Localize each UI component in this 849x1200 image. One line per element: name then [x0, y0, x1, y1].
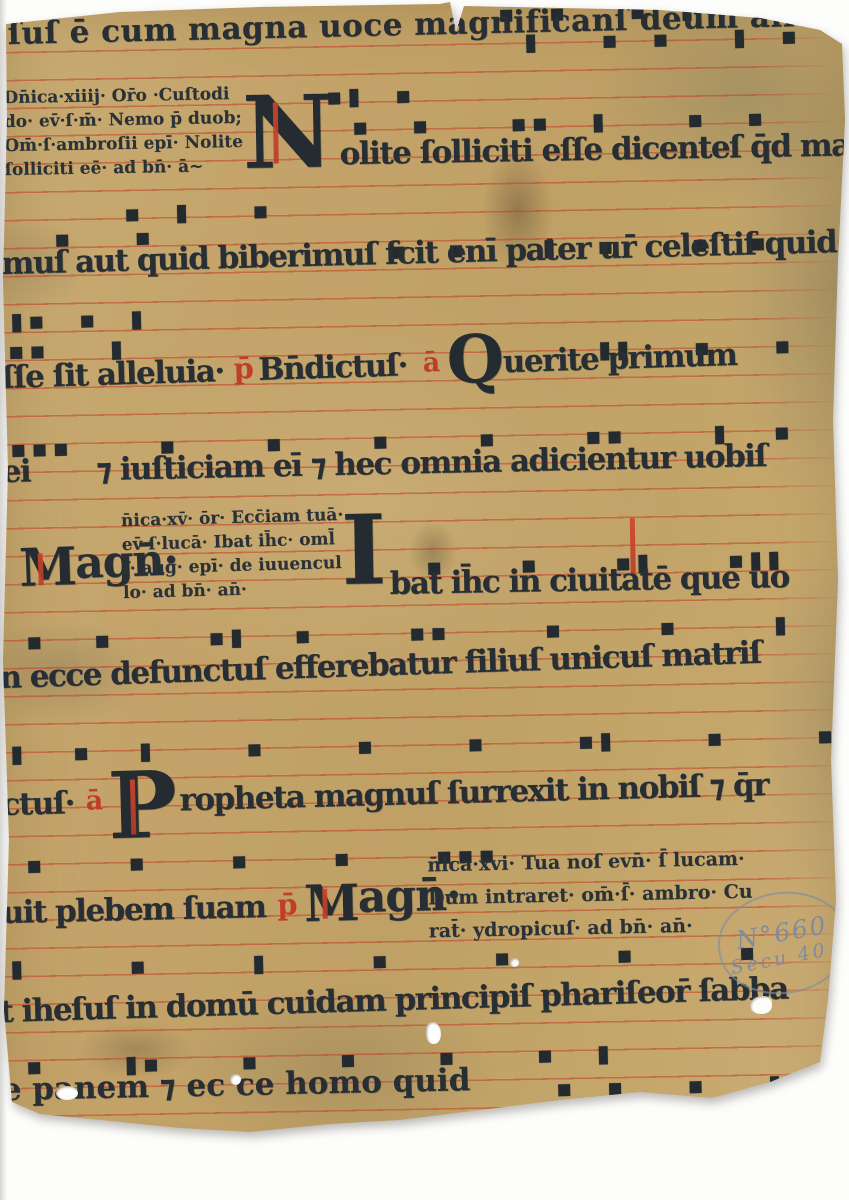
chant-text: ctuſ· — [1, 786, 74, 824]
neume-row: ▮▪ ▪ ▮ — [10, 306, 149, 333]
antiphon-cue: ā — [422, 347, 439, 378]
worm-hole — [230, 1074, 241, 1085]
chant-line-9: uit plebem ſuam p̄ M agn̄· — [1, 870, 461, 931]
chant-text: Bn̄dictuſ· — [258, 347, 408, 388]
chant-text: ſſe ſit alleluia· — [1, 353, 224, 396]
worm-hole — [510, 958, 519, 967]
chant-text: uerite primum — [502, 337, 737, 380]
antiphon-cue: ā — [85, 786, 102, 817]
rubric-line: ſolliciti eē· ad bn̄· ā~ — [4, 154, 243, 182]
chant-text: uit plebem ſuam — [1, 889, 266, 931]
worm-hole — [56, 1086, 78, 1100]
rubric-line: Om̄·ſ·ambroſii epī· Nolite — [4, 130, 243, 158]
neume-row: ▪ ▮ ▪ — [124, 198, 274, 225]
parchment-wrapper: ▪ ▪ ▪ ▮ ▪ ▪ ▮ ▮ ▪ ▪ ▮ ▪ ▪ ▪▮ ▪ ▪ ▪ ▪▪ ▮ … — [0, 0, 849, 1200]
illuminated-initial-q: Q — [446, 331, 504, 387]
rubric-right: n̄ica·xvi· Tua noſ evn̄· ſ̄ lucam· Dum i… — [427, 843, 754, 949]
worm-hole — [750, 996, 772, 1014]
chant-line-6: bat ih̄c in ciuitatē que uo — [389, 559, 789, 602]
manuscript-scan: { "document": { "kind": "scanned medieva… — [0, 0, 849, 1200]
illuminated-initial-m: M — [19, 546, 77, 591]
scanner-background: ▪ ▪ ▪ ▮ ▪ ▪ ▮ ▮ ▪ ▪ ▮ ▪ ▪ ▪▮ ▪ ▪ ▪ ▪▪ ▮ … — [0, 0, 849, 1200]
rubric-middle: n̄ica·xv̄· ōr· Ecc̄iam tuā· ev̄·ſ·lucā· … — [121, 503, 346, 605]
chant-line-2: N olite ſolliciti eſſe dicenteſ q̄d ma — [242, 81, 849, 174]
illuminated-initial-p: P — [107, 767, 177, 844]
illuminated-initial-n: N — [242, 90, 333, 174]
psalm-cue: p̄ — [233, 351, 253, 386]
rubric-line: rat̄· ydropicuſ· ad bn̄· an̄· — [428, 909, 753, 949]
illuminated-initial-m: M — [304, 882, 359, 924]
psalm-cue: p̄ — [277, 887, 297, 921]
rubric-top-left: Dn̄ica·xiiij· Or̄o ·Cuſtodi do· ev̄·ſ·m̄… — [3, 82, 243, 182]
chant-text: ei — [1, 453, 30, 490]
worm-hole — [426, 1022, 441, 1044]
neume-row: ▪ ▪ ▪ ▮ — [556, 1071, 787, 1100]
rubric-line: Dum intraret· om̄·ſ̄· ambro· Cu — [428, 876, 753, 916]
parchment-leaf: ▪ ▪ ▪ ▮ ▪ ▪ ▮ ▮ ▪ ▪ ▮ ▪ ▪ ▪▮ ▪ ▪ ▪ ▪▪ ▮ … — [0, 0, 849, 1200]
